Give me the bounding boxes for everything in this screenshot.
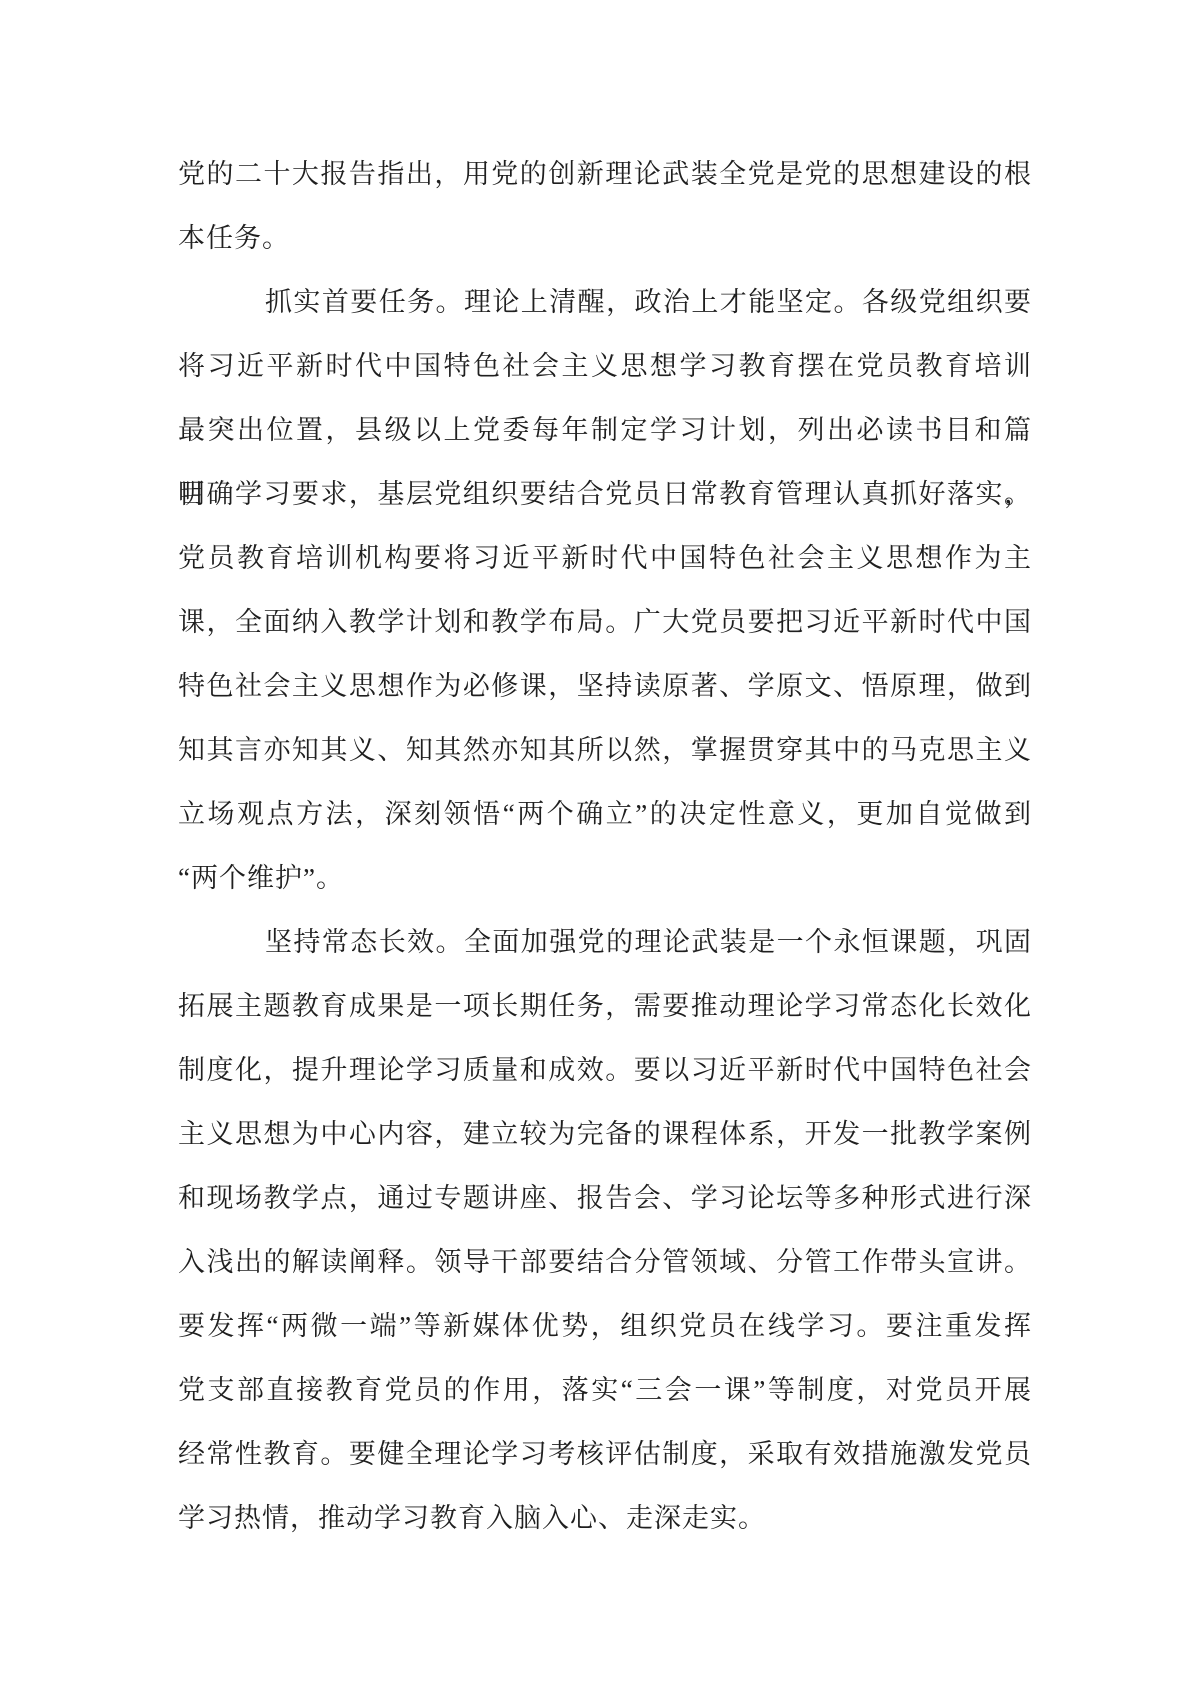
text-line: 和现场教学点，通过专题讲座、报告会、学习论坛等多种形式进行深 [178,1166,1032,1230]
paragraph: 抓实首要任务。理论上清醒，政治上才能坚定。各级党组织要将习近平新时代中国特色社会… [178,270,1032,910]
text-line: 拓展主题教育成果是一项长期任务，需要推动理论学习常态化长效化 [178,974,1032,1038]
text-line: 本任务。 [178,206,1032,270]
text-line: 主义思想为中心内容，建立较为完备的课程体系，开发一批教学案例 [178,1102,1032,1166]
text-line: 党员教育培训机构要将习近平新时代中国特色社会主义思想作为主 [178,526,1032,590]
text-line: 立场观点方法，深刻领悟“两个确立”的决定性意义，更加自觉做到 [178,782,1032,846]
document-page: 党的二十大报告指出，用党的创新理论武装全党是党的思想建设的根本任务。抓实首要任务… [0,0,1190,1683]
text-line: 坚持常态长效。全面加强党的理论武装是一个永恒课题，巩固 [178,910,1032,974]
text-line: “两个维护”。 [178,846,1032,910]
text-line: 学习热情，推动学习教育入脑入心、走深走实。 [178,1486,1032,1550]
text-line: 要发挥“两微一端”等新媒体优势，组织党员在线学习。要注重发挥 [178,1294,1032,1358]
text-line: 最突出位置，县级以上党委每年制定学习计划，列出必读书目和篇目， [178,398,1032,462]
text-line: 抓实首要任务。理论上清醒，政治上才能坚定。各级党组织要 [178,270,1032,334]
text-line: 经常性教育。要健全理论学习考核评估制度，采取有效措施激发党员 [178,1422,1032,1486]
text-line: 制度化，提升理论学习质量和成效。要以习近平新时代中国特色社会 [178,1038,1032,1102]
text-line: 党支部直接教育党员的作用，落实“三会一课”等制度，对党员开展 [178,1358,1032,1422]
paragraph: 党的二十大报告指出，用党的创新理论武装全党是党的思想建设的根本任务。 [178,142,1032,270]
text-line: 知其言亦知其义、知其然亦知其所以然，掌握贯穿其中的马克思主义 [178,718,1032,782]
text-line: 明确学习要求，基层党组织要结合党员日常教育管理认真抓好落实。 [178,462,1032,526]
text-line: 党的二十大报告指出，用党的创新理论武装全党是党的思想建设的根 [178,142,1032,206]
paragraph: 坚持常态长效。全面加强党的理论武装是一个永恒课题，巩固拓展主题教育成果是一项长期… [178,910,1032,1550]
text-line: 入浅出的解读阐释。领导干部要结合分管领域、分管工作带头宣讲。 [178,1230,1032,1294]
text-line: 课，全面纳入教学计划和教学布局。广大党员要把习近平新时代中国 [178,590,1032,654]
text-line: 将习近平新时代中国特色社会主义思想学习教育摆在党员教育培训 [178,334,1032,398]
text-line: 特色社会主义思想作为必修课，坚持读原著、学原文、悟原理，做到 [178,654,1032,718]
document-body: 党的二十大报告指出，用党的创新理论武装全党是党的思想建设的根本任务。抓实首要任务… [178,142,1032,1550]
